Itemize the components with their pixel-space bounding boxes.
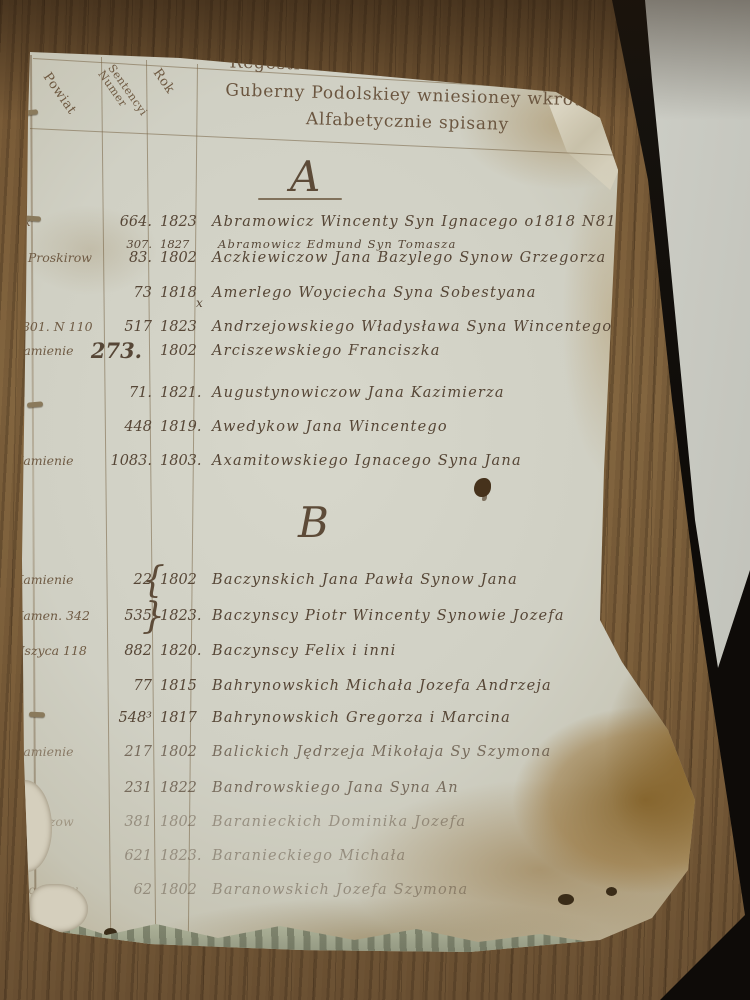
entry-name-text: Balickich Jędrzeja Mikołaja Sy Szymona	[212, 744, 551, 760]
numer-cell: 273.	[88, 338, 142, 363]
powiat-cell: P. Proskirow	[14, 250, 106, 265]
numer-cell: 73	[98, 285, 152, 301]
register-row: 548³1817Bahrynowskich Gregorza i Marcina	[0, 710, 750, 736]
powiat-cell: Uszyca 118	[14, 643, 106, 658]
entry-name-text: Axamitowskiego Ignacego Syna Jana	[212, 453, 522, 469]
numer-cell: 217	[98, 744, 152, 760]
rok-cell: 1818	[160, 285, 206, 301]
entry-name-text: Arciszewskiego Franciszka	[212, 343, 441, 359]
dark-stain-spot	[606, 887, 617, 896]
entry-name-text: Baczynskich Jana Pawła Synow Jana	[212, 572, 518, 588]
register-row: 6211823.Baranieckiego Michała	[0, 848, 750, 874]
rok-cell: 1802	[160, 250, 206, 266]
rok-cell: 1803.	[160, 453, 206, 469]
rok-cell: 1827	[160, 237, 206, 251]
powiat-cell: Kamen. 342	[14, 608, 106, 623]
rok-cell: 1822	[160, 780, 206, 796]
rok-cell: 1823.	[160, 848, 206, 864]
entry-name-text: Aczkiewiczow Jana Bazylego Synow Grzegor…	[212, 250, 606, 266]
entry-name-text: Awedykow Jana Wincentego	[212, 419, 448, 435]
rok-cell: 1823.	[160, 608, 206, 624]
numer-cell: 77	[98, 678, 152, 694]
entry-name-text: Bahrynowskich Michała Jozefa Andrzeja	[212, 678, 552, 694]
rok-cell: 1823	[160, 319, 206, 335]
numer-cell: 22	[98, 572, 152, 588]
entry-name-text: Amerlego Woyciecha Syna Sobestyana	[212, 285, 537, 301]
numer-cell: 535	[98, 608, 152, 624]
register-row: Proskirow621802Baranowskich Jozefa Szymo…	[0, 882, 750, 908]
powiat-cell: Kamienie	[14, 744, 106, 759]
register-row: Kamienie2171802Balickich Jędrzeja Mikoła…	[0, 744, 750, 770]
numer-cell: 1083.	[98, 453, 152, 469]
entry-name-text: Abramowicz Edmund Syn Tomasza	[218, 237, 457, 251]
entry-name-text: Baranieckiego Michała	[212, 848, 406, 864]
rok-cell: 1802	[160, 572, 206, 588]
column-header-rok: Rok	[150, 66, 178, 97]
numer-cell: 517	[98, 319, 152, 335]
numer-cell: 62	[98, 882, 152, 898]
numer-cell: 307.	[98, 237, 152, 251]
entry-name-text: Baranowskich Jozefa Szymona	[212, 882, 468, 898]
rok-cell: 1802	[160, 814, 206, 830]
numer-cell: 548³	[98, 710, 152, 726]
entry-name-text: Abramowicz Wincenty Syn Ignacego o1818 N…	[212, 214, 627, 230]
dark-stain-spot	[558, 894, 574, 905]
numer-cell: 664.	[98, 214, 152, 230]
rok-cell: 1821.	[160, 385, 206, 401]
rok-cell: 1802	[160, 882, 206, 898]
entry-name-text: Baczynscy Felix i inni	[212, 643, 396, 659]
entry-name-text: Augustynowiczow Jana Kazimierza	[212, 385, 505, 401]
powiat-cell: Kamienie	[14, 453, 106, 468]
numer-cell: 381	[98, 814, 152, 830]
numer-cell: 231	[98, 780, 152, 796]
numer-cell: 882	[98, 643, 152, 659]
section-letter: A	[290, 152, 320, 201]
rok-cell: 1819.	[160, 419, 206, 435]
entry-name-text: Bandrowskiego Jana Syna An	[212, 780, 459, 796]
photo-of-register-book: { "document": { "title_lines": [ "Regest…	[0, 0, 750, 1000]
rok-cell: 1802	[160, 744, 206, 760]
ink-blot	[474, 478, 491, 497]
numer-cell: 71.	[98, 385, 152, 401]
entry-name-text: Baczynscy Piotr Wincenty Synowie Jozefa	[212, 608, 565, 624]
powiat-cell: 1801. N 110	[14, 319, 106, 334]
section-letter: B	[298, 498, 329, 547]
numer-cell: 621	[98, 848, 152, 864]
rok-cell: 1817	[160, 710, 206, 726]
rok-cell: 1815	[160, 678, 206, 694]
powiat-cell: Kamienie	[14, 572, 106, 587]
register-row: Latyczow3811802Baranieckich Dominika Joz…	[0, 814, 750, 840]
entry-name-text: Baranieckich Dominika Jozefa	[212, 814, 466, 830]
powiat-cell: Cx	[14, 214, 106, 229]
entry-name-text: Andrzejowskiego Władysława Syna Wincente…	[212, 319, 612, 335]
numer-cell: 448	[98, 419, 152, 435]
section-letter-underline	[258, 198, 342, 200]
rok-cell: 1820.	[160, 643, 206, 659]
rok-cell: 1802	[160, 343, 206, 359]
column-header-powiat: Powiat	[40, 70, 79, 117]
rok-cell: 1823	[160, 214, 206, 230]
numer-cell: 83.	[98, 250, 152, 266]
entry-name-text: Bahrynowskich Gregorza i Marcina	[212, 710, 511, 726]
register-row: 2311822Bandrowskiego Jana Syna An	[0, 780, 750, 806]
